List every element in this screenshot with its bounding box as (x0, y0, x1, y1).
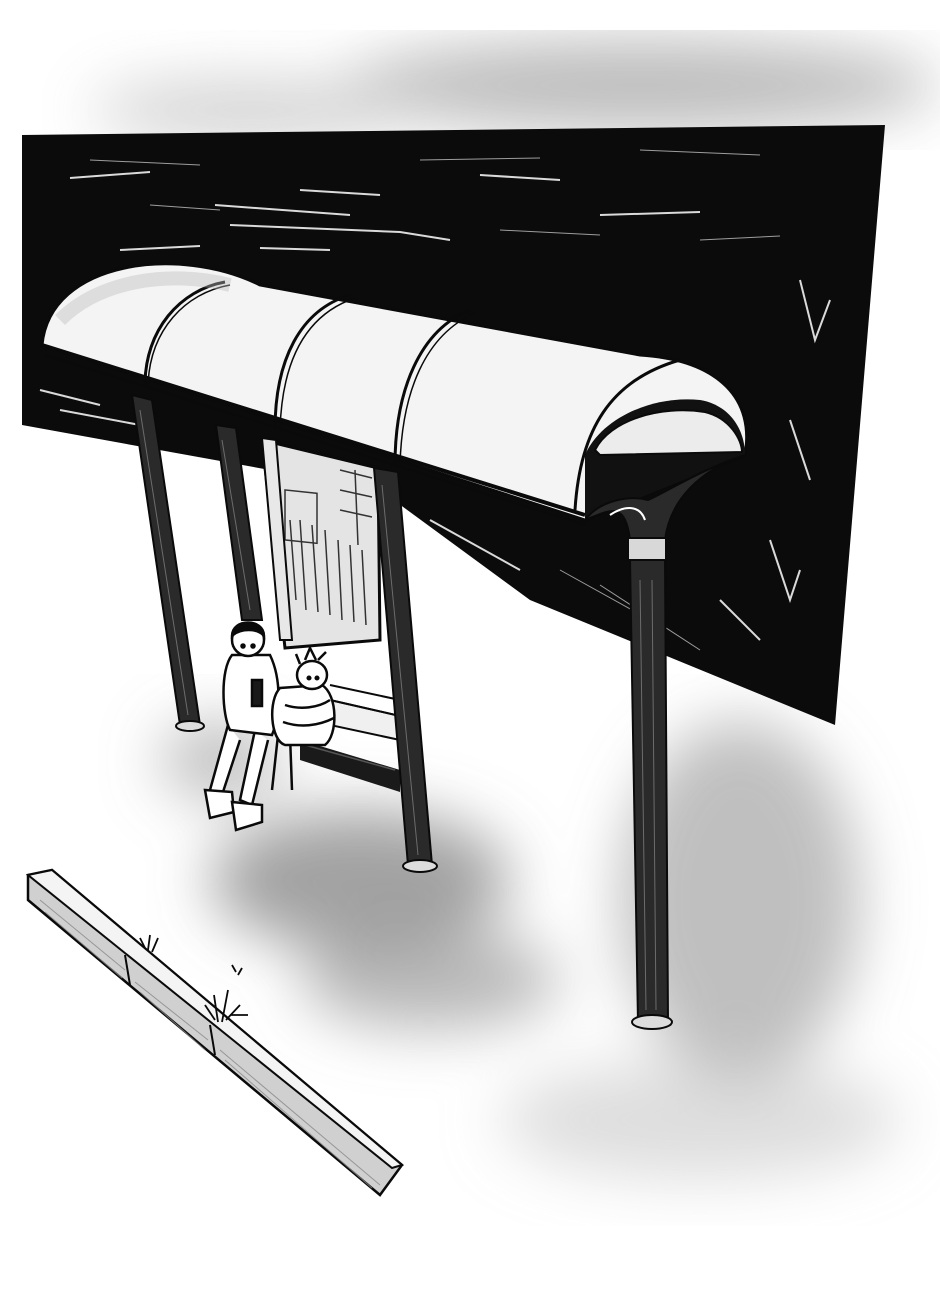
bus-shelter-illustration (0, 0, 940, 1295)
